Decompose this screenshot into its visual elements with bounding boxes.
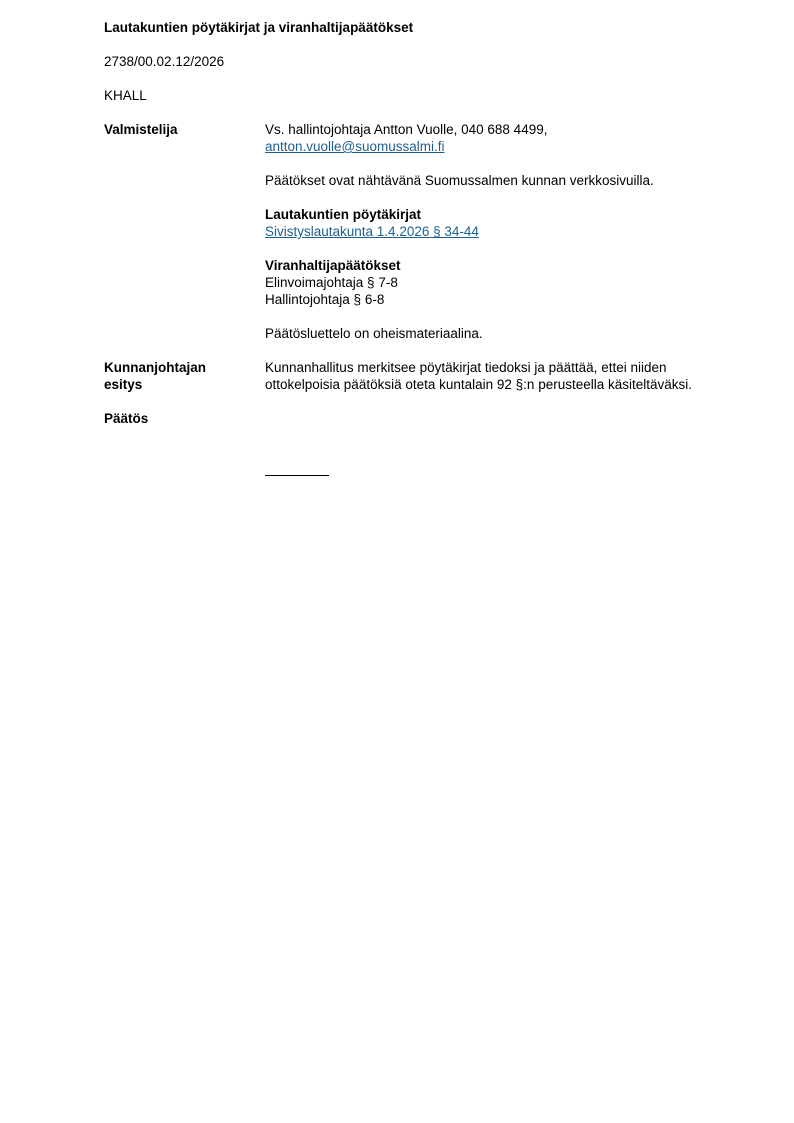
preparer-contact-line: Vs. hallintojohtaja Antton Vuolle, 040 6… [265, 121, 704, 138]
proposal-label-line2: esitys [104, 376, 265, 393]
proposal-label-line1: Kunnanjohtajan [104, 359, 265, 376]
minutes-block: Lautakuntien pöytäkirjat Sivistyslautaku… [265, 206, 704, 240]
attachment-note: Päätösluettelo on oheismateriaalina. [265, 325, 704, 342]
decision-section: Päätös [104, 410, 704, 427]
minutes-link[interactable]: Sivistyslautakunta 1.4.2026 § 34-44 [265, 224, 479, 239]
preparer-label: Valmistelija [104, 121, 265, 342]
preparer-content: Vs. hallintojohtaja Antton Vuolle, 040 6… [265, 121, 704, 342]
proposal-label: Kunnanjohtajan esitys [104, 359, 265, 393]
decision-item: Hallintojohtaja § 6-8 [265, 291, 704, 308]
record-number: 2738/00.02.12/2026 [104, 53, 704, 70]
minutes-heading: Lautakuntien pöytäkirjat [265, 206, 704, 223]
document-page: Lautakuntien pöytäkirjat ja viranhaltija… [104, 19, 704, 444]
separator-line [265, 475, 329, 476]
decisions-block: Viranhaltijapäätökset Elinvoimajohtaja §… [265, 257, 704, 308]
decision-item: Elinvoimajohtaja § 7-8 [265, 274, 704, 291]
preparer-section: Valmistelija Vs. hallintojohtaja Antton … [104, 121, 704, 342]
preparer-email-link[interactable]: antton.vuolle@suomussalmi.fi [265, 139, 445, 154]
availability-text: Päätökset ovat nähtävänä Suomussalmen ku… [265, 172, 704, 189]
proposal-section: Kunnanjohtajan esitys Kunnanhallitus mer… [104, 359, 704, 393]
decision-text [265, 410, 704, 427]
decisions-heading: Viranhaltijapäätökset [265, 257, 704, 274]
preparer-contact: Vs. hallintojohtaja Antton Vuolle, 040 6… [265, 121, 704, 155]
proposal-text: Kunnanhallitus merkitsee pöytäkirjat tie… [265, 359, 704, 393]
document-title: Lautakuntien pöytäkirjat ja viranhaltija… [104, 19, 704, 36]
decision-label: Päätös [104, 410, 265, 427]
body-code: KHALL [104, 87, 704, 104]
